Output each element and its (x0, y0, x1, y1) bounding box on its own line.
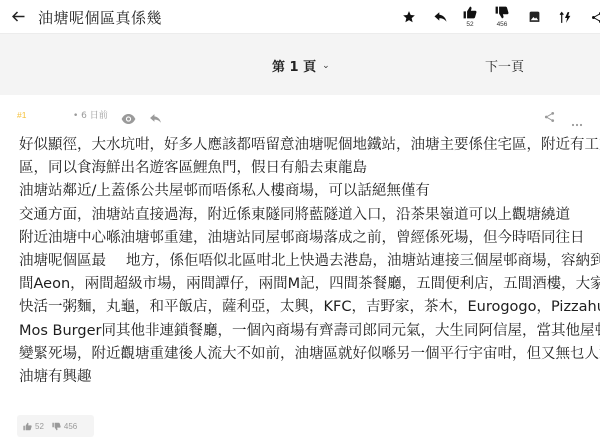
back-button[interactable] (8, 6, 28, 26)
floor-number: #1 (17, 110, 26, 120)
share-post-button[interactable] (544, 108, 555, 127)
post-line: 間Aeon，兩間超級市場，兩間譚仔，兩間M記，四間茶餐廳，五間便利店，五間酒樓，… (19, 273, 594, 296)
chevron-down-icon: ⌄ (322, 61, 330, 71)
post-line-part: 油塘呢個區最 (19, 253, 106, 269)
page-dropdown[interactable]: 第 1 頁 ⌄ (272, 56, 330, 75)
quote-reply-button[interactable] (149, 109, 162, 128)
share-thread-button[interactable] (584, 0, 600, 34)
like-count: 52 (466, 21, 473, 29)
sort-button[interactable] (552, 0, 578, 34)
more-options-button[interactable] (571, 112, 583, 131)
post-dislike-button[interactable]: 456 (52, 422, 77, 431)
arrow-left-icon (12, 11, 25, 22)
eye-icon (121, 114, 136, 124)
post-line: 油塘站鄰近/上蓋係公共屋邨而唔係私人樓商場，可以話絕無僅有 (19, 180, 594, 203)
post-line: Mos Burger同其他非連鎖餐廳，一個內商場有齊壽司郎同元氣，大生同阿信屋，… (19, 320, 594, 343)
dislike-button[interactable]: 456 (489, 0, 515, 34)
thumbs-up-icon (23, 422, 32, 431)
bookmark-button[interactable] (396, 0, 422, 34)
thumbs-down-icon (495, 6, 509, 19)
post-time: • 6 日前 (73, 108, 108, 121)
post-line: 變緊死場，附近觀塘重建後人流大不如前，油塘區就好似喺另一個平行宇宙咁，但又無乜人… (19, 343, 594, 366)
next-page-button[interactable]: 下一頁 (485, 56, 524, 75)
page-navigation: 第 1 頁 ⌄ 下一頁 (0, 34, 600, 95)
thread-title: 油塘呢個區真係幾 (38, 7, 162, 28)
post-line: 交通方面，油塘站直接過海，附近係東隧同將藍隧道入口，沿茶果嶺道可以上觀塘繞道 (19, 204, 594, 227)
post-like-count: 52 (35, 422, 44, 431)
view-author-button[interactable] (121, 109, 136, 128)
username[interactable] (40, 110, 70, 120)
current-page-label: 第 1 頁 (272, 56, 316, 75)
reply-icon (433, 11, 448, 23)
reply-icon (149, 113, 162, 124)
post-line: 區，同以食海鮮出名遊客區鯉魚門，假日有船去東龍島 (19, 157, 594, 180)
star-icon (402, 10, 416, 24)
post-line-part: 地方，係佢唔似北區咁北上快過去港島，油塘站連接三個屋邨商場，容納到一 (126, 253, 600, 269)
top-bar: 油塘呢個區真係幾 52 456 (0, 0, 600, 34)
image-icon (528, 11, 541, 23)
reply-button[interactable] (427, 0, 453, 34)
like-button[interactable]: 52 (457, 0, 483, 34)
post-vote-bar: 52 456 (17, 415, 94, 437)
post-dislike-count: 456 (64, 422, 77, 431)
post-header: #1 • 6 日前 (0, 100, 600, 132)
post-content: 好似顯徑，大水坑咁，好多人應該都唔留意油塘呢個地鐵站，油塘主要係住宅區，附近有工… (19, 134, 594, 389)
thumbs-down-icon (52, 422, 61, 431)
post-line: 油塘呢個區最地方，係佢唔似北區咁北上快過去港島，油塘站連接三個屋邨商場，容納到一 (19, 250, 594, 273)
dislike-count: 456 (497, 21, 508, 29)
post-line: 油塘有興趣 (19, 366, 594, 389)
post-line: 附近油塘中心喺油塘邨重建，油塘站同屋邨商場落成之前，曾經係死場，但今時唔同往日 (19, 227, 594, 250)
share-icon (544, 111, 555, 123)
sort-bolt-icon (559, 11, 572, 24)
share-icon (591, 11, 600, 24)
thumbs-up-icon (463, 6, 477, 19)
image-mode-button[interactable] (521, 0, 547, 34)
post-line: 好似顯徑，大水坑咁，好多人應該都唔留意油塘呢個地鐵站，油塘主要係住宅區，附近有工… (19, 134, 594, 157)
more-dots-icon (571, 123, 583, 127)
post-like-button[interactable]: 52 (23, 422, 44, 431)
post-line: 快活一粥麵，丸龜，和平飯店，薩利亞，太興，KFC，吉野家，茶木，Eurogogo… (19, 296, 594, 319)
